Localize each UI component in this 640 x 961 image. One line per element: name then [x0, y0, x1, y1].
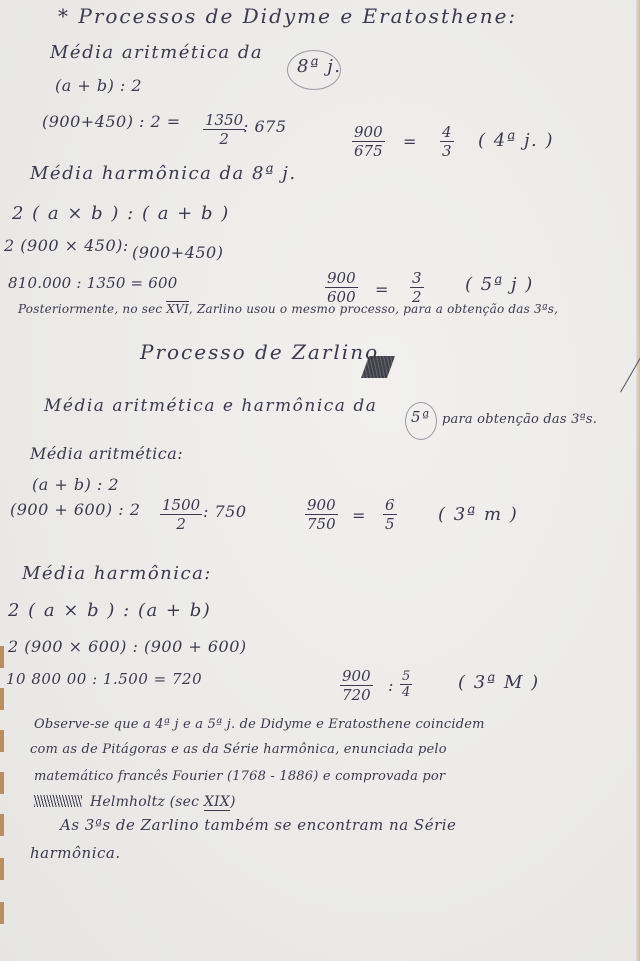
binding-hole	[0, 902, 4, 924]
equals: =	[352, 506, 366, 525]
ratio-result: 6 5	[383, 497, 397, 532]
arith-calc-zarlino: (900 + 600) : 2	[10, 500, 140, 519]
harm-calc-zarlino: 10 800 00 : 1.500 = 720	[6, 670, 202, 688]
harm-sub-right: (900+450)	[132, 243, 223, 262]
ratio-fraction: 900 600	[325, 270, 358, 305]
equals: :	[388, 676, 394, 695]
harm-calc: 810.000 : 1350 = 600	[8, 274, 178, 292]
binding-hole	[0, 688, 4, 710]
ratio-fraction: 900 720	[340, 668, 373, 703]
century-marker: XIX	[204, 794, 230, 811]
interval-label: ( 3ª M )	[458, 672, 540, 693]
section-title-zarlino: Processo de Zarlino	[140, 340, 379, 364]
fraction: 1500 2	[160, 497, 202, 532]
struck-word	[34, 795, 82, 807]
binding-hole	[0, 772, 4, 794]
binding-hole	[0, 858, 4, 880]
harm-heading-zarlino: Média harmônica:	[22, 563, 212, 584]
arith-formula-zarlino: (a + b) : 2	[32, 475, 119, 494]
binding-hole	[0, 646, 4, 668]
arith-heading-zarlino: Média aritmética:	[30, 444, 183, 463]
harm-sub-left: 2 (900 × 450):	[4, 236, 129, 255]
transition-note: Posteriormente, no sec XVI, Zarlino usou…	[18, 302, 558, 316]
harm-formula-zarlino: 2 ( a × b ) : (a + b)	[8, 600, 211, 621]
notebook-page: * Processos de Didyme e Eratosthene: Méd…	[0, 0, 640, 961]
interval-label: ( 4ª j. )	[478, 130, 554, 151]
arith-result: : 750	[203, 502, 247, 521]
harm-sub-zarlino: 2 (900 × 600) : (900 + 600)	[8, 637, 247, 656]
harm-heading-8j: Média harmônica da 8ª j.	[30, 163, 297, 184]
zarlino-intro: Média aritmética e harmônica da	[44, 396, 377, 416]
fraction: 1350 2	[203, 112, 245, 147]
arith-heading-8j-circled: 8ª j.	[297, 56, 342, 77]
zarlino-intro-after: para obtenção das 3ªs.	[442, 412, 597, 427]
harm-formula: 2 ( a × b ) : ( a + b )	[12, 203, 230, 224]
ratio-result: 5 4	[400, 670, 412, 699]
observation-line-3: matemático francês Fourier (1768 - 1886)…	[34, 769, 445, 784]
interval-label: ( 5ª j )	[465, 274, 534, 295]
arith-result: : 675	[243, 117, 287, 136]
observation-line-5: As 3ªs de Zarlino também se encontram na…	[60, 816, 456, 834]
interval-label: ( 3ª m )	[438, 504, 518, 525]
section-title-didyme: * Processos de Didyme e Eratosthene:	[58, 4, 517, 28]
arith-formula: (a + b) : 2	[55, 76, 142, 95]
observation-line-4: Helmholtz (sec XIX)	[90, 794, 236, 810]
binding-hole	[0, 730, 4, 752]
observation-line-2: com as de Pitágoras e as da Série harmôn…	[30, 742, 447, 757]
century-marker: XVI	[166, 301, 189, 316]
ratio-result: 3 2	[410, 270, 424, 305]
ratio-fraction: 900 675	[352, 124, 385, 159]
observation-line-1: Observe-se que a 4ª j e a 5ª j. de Didym…	[34, 717, 485, 732]
ratio-fraction: 900 750	[305, 497, 338, 532]
observation-line-6: harmônica.	[30, 844, 121, 862]
equals: =	[375, 280, 389, 299]
binding-hole	[0, 814, 4, 836]
equals: =	[403, 132, 417, 151]
arith-heading-8j: Média aritmética da	[50, 42, 263, 63]
ratio-result: 4 3	[440, 124, 454, 159]
zarlino-intro-circled: 5ª	[411, 408, 431, 426]
arith-calc: (900+450) : 2 =	[42, 112, 181, 131]
page-right-edge	[636, 0, 640, 961]
